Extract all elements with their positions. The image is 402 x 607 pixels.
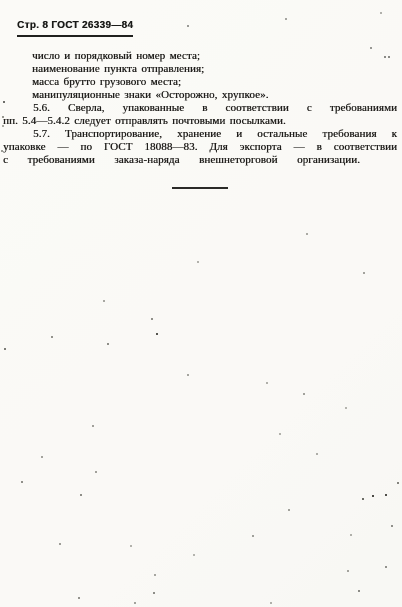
- page-header: Стр. 8 ГОСТ 26339—84: [17, 20, 133, 31]
- body-line: 5.6. Сверла, упакованные в соответствии …: [33, 102, 397, 115]
- scan-noise: [0, 0, 2, 2]
- body-line: наименование пункта отправления;: [32, 63, 204, 76]
- body-line: с требованиями заказа-наряда внешнеторго…: [3, 154, 360, 167]
- body-line: упаковке — по ГОСТ 18088—83. Для экспорт…: [3, 141, 397, 154]
- body-line: масса брутто грузового места;: [32, 76, 181, 89]
- body-line: 5.7. Транспортирование, хранение и остал…: [33, 128, 397, 141]
- body-line: манипуляционные знаки «Осторожно, хрупко…: [32, 89, 268, 102]
- section-divider: [172, 187, 228, 189]
- body-line: число и порядковый номер места;: [32, 50, 200, 63]
- body-line: пп. 5.4—5.4.2 следует отправлять почтовы…: [3, 115, 286, 128]
- document-page: Стр. 8 ГОСТ 26339—84 число и порядковый …: [0, 0, 402, 607]
- header-rule: [17, 35, 133, 37]
